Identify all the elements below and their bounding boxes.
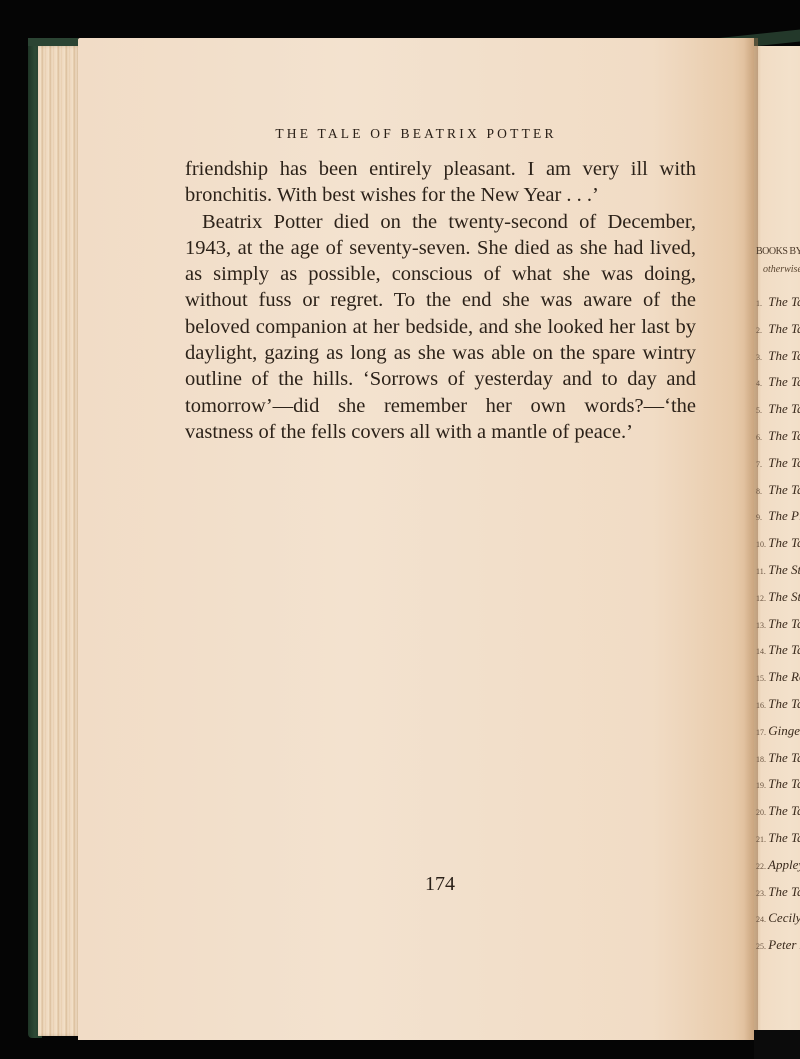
book-list-item-number: 10. [756, 532, 765, 559]
book-list-item: 23. The Tale [756, 879, 800, 906]
book-list-item: 16. The Tale [756, 691, 800, 718]
book-list-item: 20. The Tale [756, 798, 800, 825]
book-list-item: 7. The Tale of [756, 450, 800, 477]
book-list-item: 15. The Roly-P [756, 664, 800, 691]
book-list-item: 3. The Tailor [756, 343, 800, 370]
book-list-item-number: 9. [756, 505, 765, 532]
book-list-item-number: 12. [756, 586, 765, 613]
book-list-item: 10. The Tale o [756, 530, 800, 557]
book-list-item-title: Ginger and [765, 723, 800, 738]
book-list-item: 22. Appley D [756, 852, 800, 879]
book-list-item-title: The Tale of [765, 321, 800, 336]
book-list-item: 13. The Tale o [756, 611, 800, 638]
book-list-item-title: The Roly-P [765, 669, 800, 684]
book-list-item-number: 3. [756, 345, 765, 372]
book-list-item-title: The Story o [765, 589, 800, 604]
book-list-item: 19. The Tale [756, 771, 800, 798]
book-list-item-title: The Tale of [765, 428, 800, 443]
page-edge-stack [38, 46, 80, 1036]
book-list-item-number: 2. [756, 318, 765, 345]
book-list-item: 18. The Tale [756, 745, 800, 772]
book-cover-top-edge [28, 38, 78, 46]
book-list-item: 8. The Tale of [756, 477, 800, 504]
book-list-item: 2. The Tale of [756, 316, 800, 343]
book-list-item: 12. The Story o [756, 584, 800, 611]
page-number: 174 [380, 873, 500, 896]
book-list-item-number: 1. [756, 291, 765, 318]
book-list-item: 4. The Tailor [756, 369, 800, 396]
book-list-item-number: 4. [756, 371, 765, 398]
running-head: The Tale of Beatrix Potter [78, 126, 754, 142]
book-list-item-number: 11. [756, 559, 765, 586]
book-list-item: 9. The Pie an [756, 503, 800, 530]
book-list-item-title: The Tale [765, 750, 800, 765]
book-list-item-number: 13. [756, 613, 765, 640]
book-list-item: 24. Cecily Pa [756, 905, 800, 932]
right-page-subheading: otherwise stat [763, 264, 800, 275]
book-list-item: 17. Ginger and [756, 718, 800, 745]
book-list-item: 1. The Tale of [756, 289, 800, 316]
book-list-item-number: 19. [756, 773, 765, 800]
book-list-item: 6. The Tale of [756, 423, 800, 450]
book-list-item-number: 21. [756, 827, 765, 854]
paragraph-continued: friendship has been entirely pleasant. I… [185, 156, 696, 209]
book-list-item-title: The Tale [765, 884, 800, 899]
book-list-item-title: The Tale of [765, 455, 800, 470]
book-list-item-number: 24. [756, 907, 765, 934]
book-list: 1. The Tale of2. The Tale of3. The Tailo… [756, 289, 800, 959]
book-list-item-title: The Tale [765, 776, 800, 791]
bottom-shadow [754, 1030, 800, 1059]
book-list-item-title: The Tale of [765, 294, 800, 309]
book-list-item-title: The Tale o [765, 642, 800, 657]
book-list-item: 11. The Story o [756, 557, 800, 584]
book-list-item-title: The Tale [765, 696, 800, 711]
book-list-item: 25. Peter Ra [756, 932, 800, 959]
book-list-item-number: 15. [756, 666, 765, 693]
book-list-item-title: The Pie an [765, 508, 800, 523]
book-list-item: 5. The Tale of [756, 396, 800, 423]
book-list-item-number: 16. [756, 693, 765, 720]
book-list-item-number: 22. [756, 854, 765, 881]
book-list-item-number: 17. [756, 720, 765, 747]
book-list-item: 14. The Tale o [756, 637, 800, 664]
book-list-item-title: The Tale [765, 830, 800, 845]
book-list-item-title: The Tale [765, 803, 800, 818]
book-list-item-title: The Tailor [765, 374, 800, 389]
book-list-item-title: The Tale o [765, 535, 800, 550]
book-list-item: 21. The Tale [756, 825, 800, 852]
book-list-item-number: 7. [756, 452, 765, 479]
book-list-item-title: The Tailor [765, 348, 800, 363]
book-list-item-title: The Tale of [765, 401, 800, 416]
book-list-item-number: 18. [756, 747, 765, 774]
book-list-item-number: 20. [756, 800, 765, 827]
book-list-item-number: 14. [756, 639, 765, 666]
book-list-item-number: 6. [756, 425, 765, 452]
book-list-item-number: 8. [756, 479, 765, 506]
book-list-item-title: The Story o [765, 562, 800, 577]
book-list-item-title: The Tale o [765, 616, 800, 631]
paragraph-death: Beatrix Potter died on the twenty-second… [185, 209, 696, 446]
book-list-item-title: Cecily Pa [765, 910, 800, 925]
book-list-item-title: Peter Ra [765, 937, 800, 952]
book-list-item-number: 23. [756, 881, 765, 908]
book-list-item-number: 5. [756, 398, 765, 425]
body-text: friendship has been entirely pleasant. I… [185, 156, 696, 445]
right-page-heading: BOOKS BY BEA [756, 246, 800, 257]
book-list-item-number: 25. [756, 934, 765, 961]
book-list-item-title: The Tale of [765, 482, 800, 497]
book-list-item-title: Appley D [765, 857, 800, 872]
